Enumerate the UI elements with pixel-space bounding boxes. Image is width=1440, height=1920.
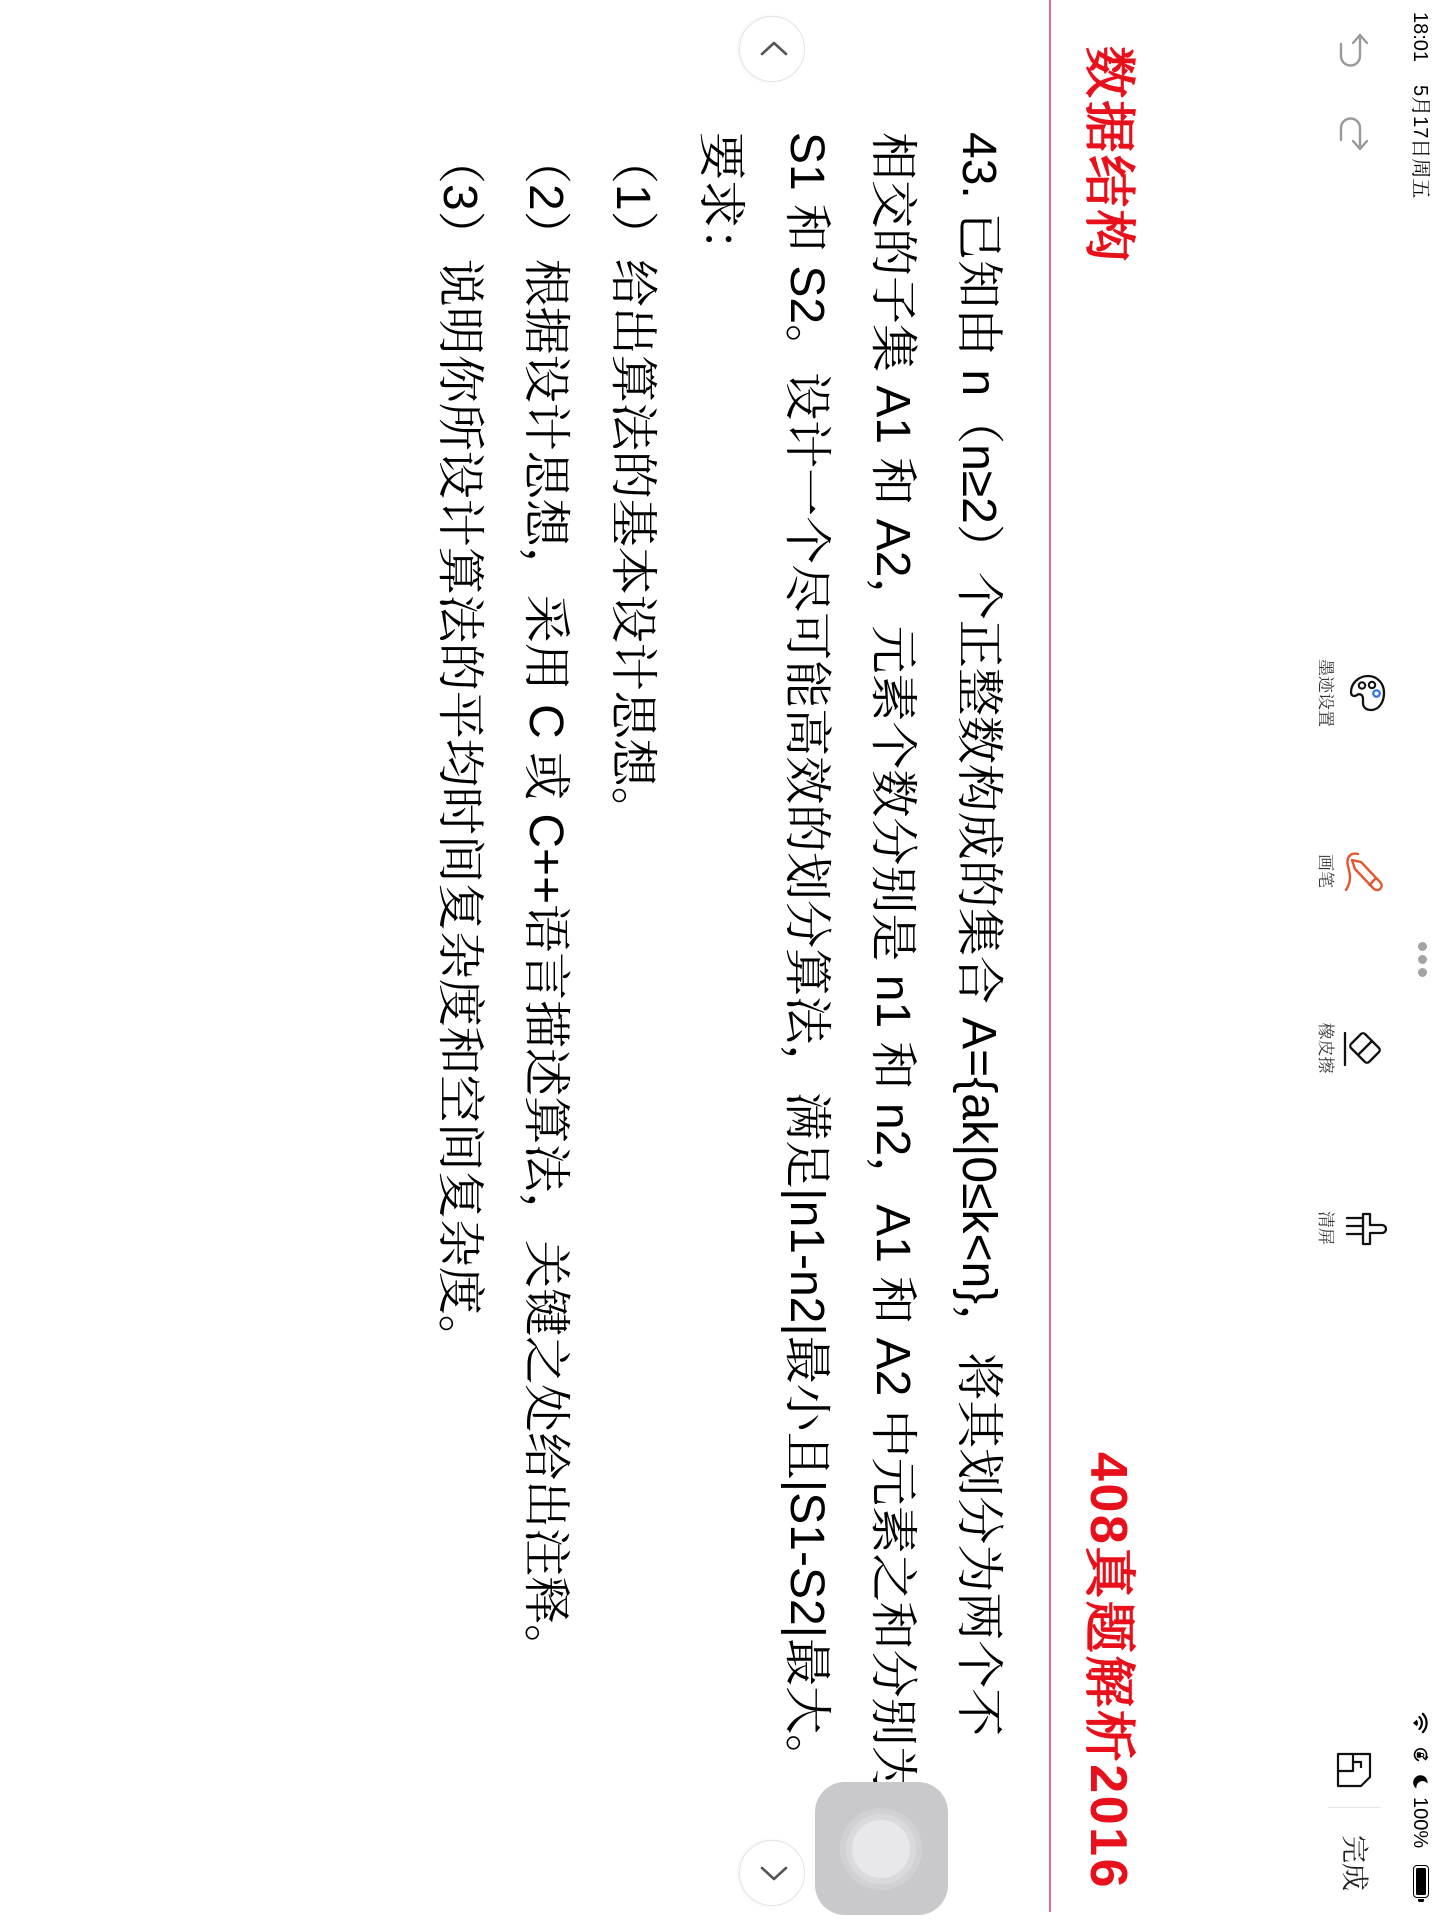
note-save-icon[interactable] <box>1330 1751 1373 1789</box>
tool-label: 橡皮擦 <box>1315 1023 1335 1074</box>
header-subject-title: 数据结构 <box>1073 46 1143 264</box>
requirement-item: （1）给出算法的基本设计思想。 <box>589 136 675 835</box>
requirement-item: （3）说明你所设计算法的平均时间复杂度和空间复杂度。 <box>416 136 502 1363</box>
battery-nub <box>1418 1899 1424 1902</box>
tool-label: 画笔 <box>1315 854 1335 888</box>
question-line: 43. 已知由 n（n≥2）个正整数构成的集合 A={ak|0≤k<n}，将其划… <box>935 132 1021 1736</box>
more-dots-icon[interactable] <box>1418 942 1427 951</box>
requirements-heading: 要求： <box>677 132 763 276</box>
scroll-up-button[interactable] <box>739 16 805 82</box>
wifi-icon <box>1407 1712 1429 1734</box>
question-line: 相交的子集 A1 和 A2，元素个数分别是 n1 和 n2，A1 和 A2 中元… <box>849 132 935 1794</box>
toolbar-divider <box>1328 1807 1380 1808</box>
question-line: S1 和 S2。设计一个尽可能高效的划分算法，满足|n1-n2|最小且|S1-S… <box>763 132 849 1782</box>
requirement-item: （2）根据设计思想，采用 C 或 C++语言描述算法，关键之处给出注释。 <box>502 136 588 1672</box>
chevron-down-icon <box>755 1862 790 1884</box>
battery-percent: 100% <box>1408 1797 1432 1848</box>
header-rule <box>1049 0 1051 1912</box>
tool-eraser[interactable]: 橡皮擦 <box>1310 1003 1392 1093</box>
palette-icon <box>1342 672 1387 714</box>
header-exam-title: 408真题解析2016 <box>1073 1452 1143 1890</box>
pen-icon <box>1337 848 1388 896</box>
tool-label: 墨迹设置 <box>1315 659 1335 727</box>
eraser-icon <box>1338 1027 1387 1071</box>
status-time: 18:01 <box>1408 12 1432 62</box>
more-dots-icon[interactable] <box>1418 955 1427 964</box>
battery-icon <box>1413 1865 1429 1898</box>
assistive-touch-button[interactable] <box>815 1782 948 1915</box>
clear-brush-icon <box>1338 1209 1387 1249</box>
status-date: 5月17日周五 <box>1408 85 1432 198</box>
tool-clear-screen[interactable]: 清屏 <box>1310 1183 1392 1273</box>
tool-pen[interactable]: 画笔 <box>1310 826 1392 916</box>
status-bar: 18:01 5月17日周五 100% <box>1400 0 1440 1920</box>
orientation-lock-icon <box>1407 1747 1429 1763</box>
tool-ink-settings[interactable]: 墨迹设置 <box>1310 648 1392 738</box>
moon-icon <box>1407 1773 1429 1790</box>
done-button[interactable]: 完成 <box>1338 1835 1370 1891</box>
scroll-down-button[interactable] <box>739 1840 805 1906</box>
toolbar <box>1305 0 1400 1920</box>
redo-icon[interactable] <box>1330 112 1375 154</box>
app-screen: 18:01 5月17日周五 100% <box>0 0 1440 1920</box>
assistive-touch-core <box>853 1820 911 1878</box>
more-dots-icon[interactable] <box>1418 968 1427 977</box>
undo-icon[interactable] <box>1330 30 1375 72</box>
tool-label: 清屏 <box>1315 1211 1335 1245</box>
chevron-up-icon <box>755 38 790 60</box>
